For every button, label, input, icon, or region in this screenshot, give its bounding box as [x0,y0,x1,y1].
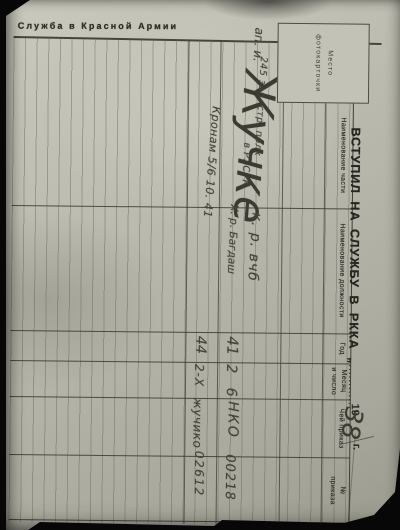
photo-label-line2: фотокарточки [314,34,322,92]
column-header-year: Год [336,334,346,362]
column-line-order-number [9,454,349,459]
header-row-line [321,41,327,525]
column-line-position-year [11,330,351,335]
row-line-3 [184,40,190,524]
photo-placeholder-label: Место фотокарточки [311,34,336,92]
column-header-position: Наименование должности [336,209,347,332]
year-suffix: г. [350,444,362,451]
column-header-unit-label: Наименование части [339,117,347,193]
column-header-order-no-line2: приказа [329,476,336,505]
handwritten-order-no-row1: 00218 [222,454,237,501]
handwritten-year-row2: 44 [192,336,208,354]
handwritten-order-no-row2: 02612 [192,451,206,497]
photo-label-line1: Место [326,50,333,76]
column-header-order-no-line1: № [339,486,346,494]
form-title: ВСТУПИЛ НА СЛУЖБУ В РККА „............“ [345,128,362,438]
page-content: Служба в Красной Армии Наименование част… [0,0,400,530]
column-header-month-line2: и число [330,367,337,395]
handwritten-unit-line2: в Р. С. К. [239,142,252,190]
column-line-year-month [10,360,350,365]
handwritten-whose-order-row1: НКО [224,401,240,439]
column-header-position-label: Наименование должности [338,224,346,318]
handwritten-month-row2: 2-Х [192,364,206,387]
column-header-order-no: № приказа [327,458,348,522]
service-table: Наименование части Наименование должност… [9,38,355,526]
handwritten-month-row1: 2 6 [223,364,239,401]
handwritten-year-row1: 41 [223,336,241,355]
column-line-month-order [10,396,350,401]
handwritten-whose-order-row2: жучико [190,398,205,449]
paper-sheet: Служба в Красной Армии Наименование част… [6,0,400,530]
photo-placeholder-box: Место фотокарточки [277,23,370,104]
form-title-text: ВСТУПИЛ НА СЛУЖБУ В РККА [346,128,362,350]
handwritten-year: 38 [335,405,369,441]
column-header-year-label: Год [338,342,345,354]
scanned-red-army-service-page: Служба в Красной Армии Наименование част… [0,0,400,530]
table-bottom-edge [9,519,349,524]
column-header-unit: Наименование части [337,103,348,207]
page-heading: Служба в Красной Армии [18,21,179,32]
column-line-unit-position [12,205,352,210]
